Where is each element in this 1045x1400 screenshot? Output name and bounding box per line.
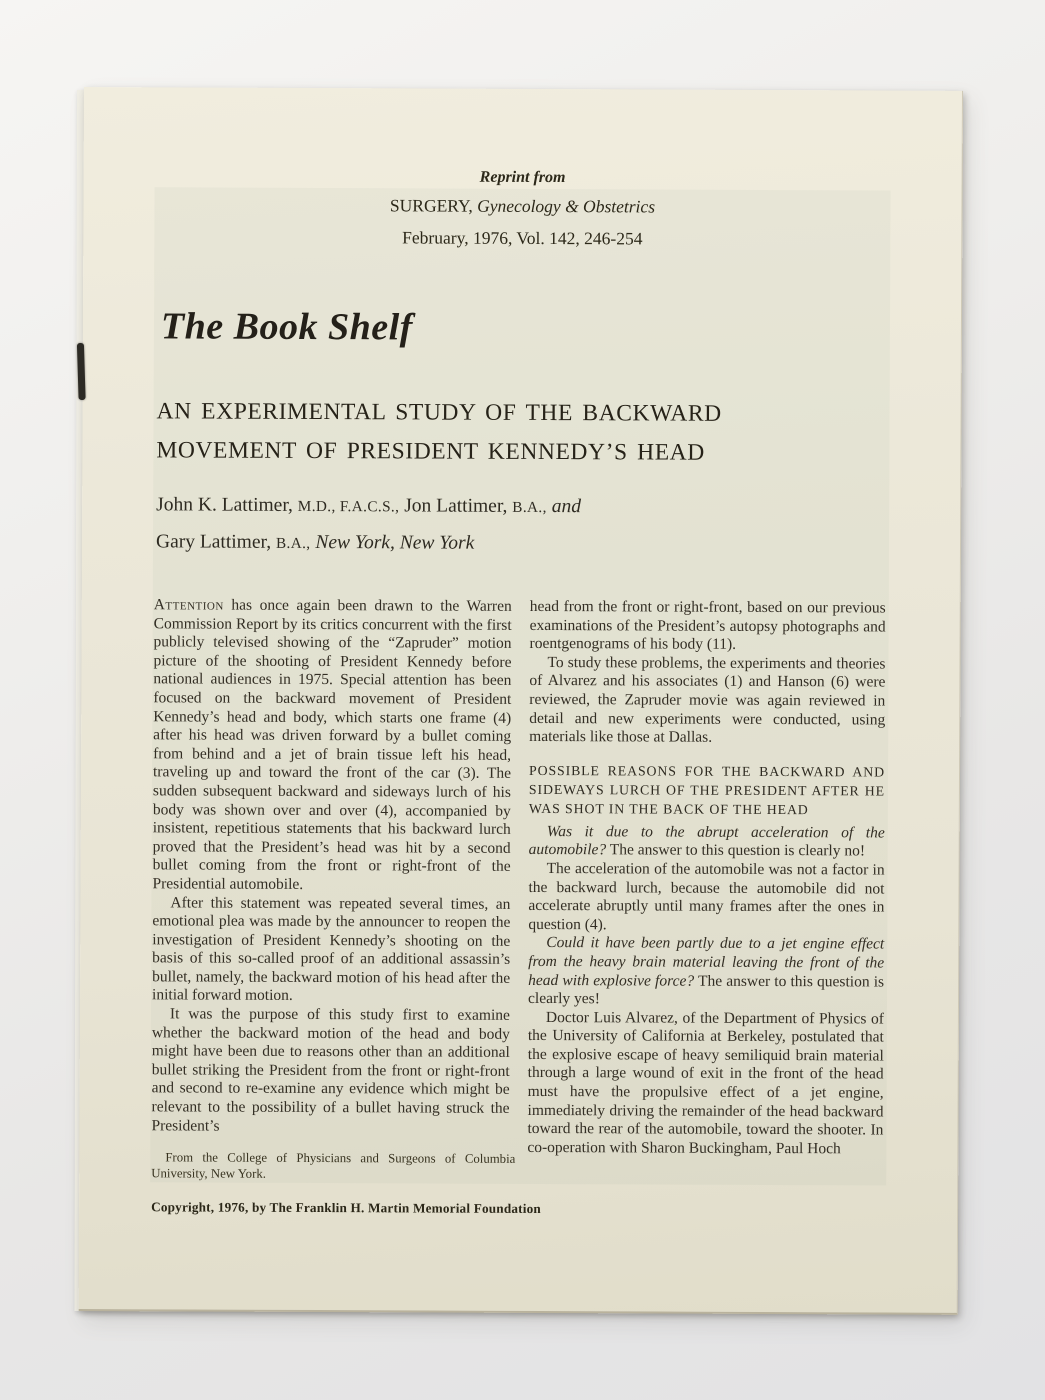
author-name-1: John K. Lattimer, — [156, 494, 293, 516]
right-column: head from the front or right-front, base… — [527, 598, 885, 1159]
copyright-line: Copyright, 1976, by The Franklin H. Mart… — [151, 1199, 671, 1217]
paragraph-3: It was the purpose of this study first t… — [151, 1005, 510, 1137]
photo-backdrop: Reprint from SURGERY, Gynecology & Obste… — [0, 0, 1045, 1400]
section-heading: POSSIBLE REASONS FOR THE BACKWARD AND SI… — [529, 761, 885, 820]
author-credentials-1: M.D., F.A.C.S., — [298, 498, 400, 515]
journal-name: SURGERY, — [390, 195, 473, 215]
affiliation-footnote: From the College of Physicians and Surge… — [151, 1150, 515, 1183]
paragraph-3-continued: head from the front or right-front, base… — [530, 598, 886, 655]
author-credentials-3: B.A., — [276, 535, 311, 552]
byline-line2: Gary Lattimer, B.A., New York, New York — [156, 524, 896, 564]
author-credentials-2: B.A., — [512, 499, 547, 516]
journal-title-line: SURGERY, Gynecology & Obstetrics — [83, 191, 961, 221]
reprint-booklet-page: Reprint from SURGERY, Gynecology & Obste… — [79, 87, 963, 1315]
byline-location: New York, New York — [315, 532, 474, 554]
staple — [77, 343, 86, 400]
paragraph-1: Attention has once again been drawn to t… — [152, 596, 511, 895]
paragraph-8: Doctor Luis Alvarez, of the Department o… — [527, 1009, 884, 1159]
paragraph-2: After this statement was repeated severa… — [152, 894, 510, 1007]
paragraph-7: Could it have been partly due to a jet e… — [528, 934, 884, 1010]
article-title-line2: MOVEMENT OF PRESIDENT KENNEDY’S HEAD — [156, 431, 721, 472]
article-title: AN EXPERIMENTAL STUDY OF THE BACKWARD MO… — [156, 392, 722, 472]
author-name-2: Jon Lattimer, — [404, 495, 507, 516]
paragraph-5: Was it due to the abrupt acceleration of… — [529, 823, 885, 862]
answer-1: The answer to this question is clearly n… — [610, 842, 865, 860]
column-title: The Book Shelf — [161, 304, 413, 349]
journal-subtitle: Gynecology & Obstetrics — [477, 196, 655, 217]
left-column: Attention has once again been drawn to t… — [151, 596, 511, 1137]
issue-line: February, 1976, Vol. 142, 246-254 — [83, 221, 961, 255]
paragraph-1-text: has once again been drawn to the Warren … — [152, 597, 511, 893]
article-title-line1: AN EXPERIMENTAL STUDY OF THE BACKWARD — [156, 392, 721, 433]
byline-line1: John K. Lattimer, M.D., F.A.C.S., Jon La… — [156, 487, 896, 527]
byline-conjunction: and — [552, 496, 581, 517]
reprint-from-label: Reprint from — [84, 167, 962, 189]
author-name-3: Gary Lattimer, — [156, 531, 271, 553]
paragraph-6: The acceleration of the automobile was n… — [528, 860, 884, 936]
masthead: Reprint from SURGERY, Gynecology & Obste… — [83, 167, 961, 255]
paragraph-4: To study these problems, the experiments… — [529, 654, 885, 749]
paragraph-1-lead-word: Attention — [154, 596, 224, 613]
byline: John K. Lattimer, M.D., F.A.C.S., Jon La… — [156, 487, 896, 564]
